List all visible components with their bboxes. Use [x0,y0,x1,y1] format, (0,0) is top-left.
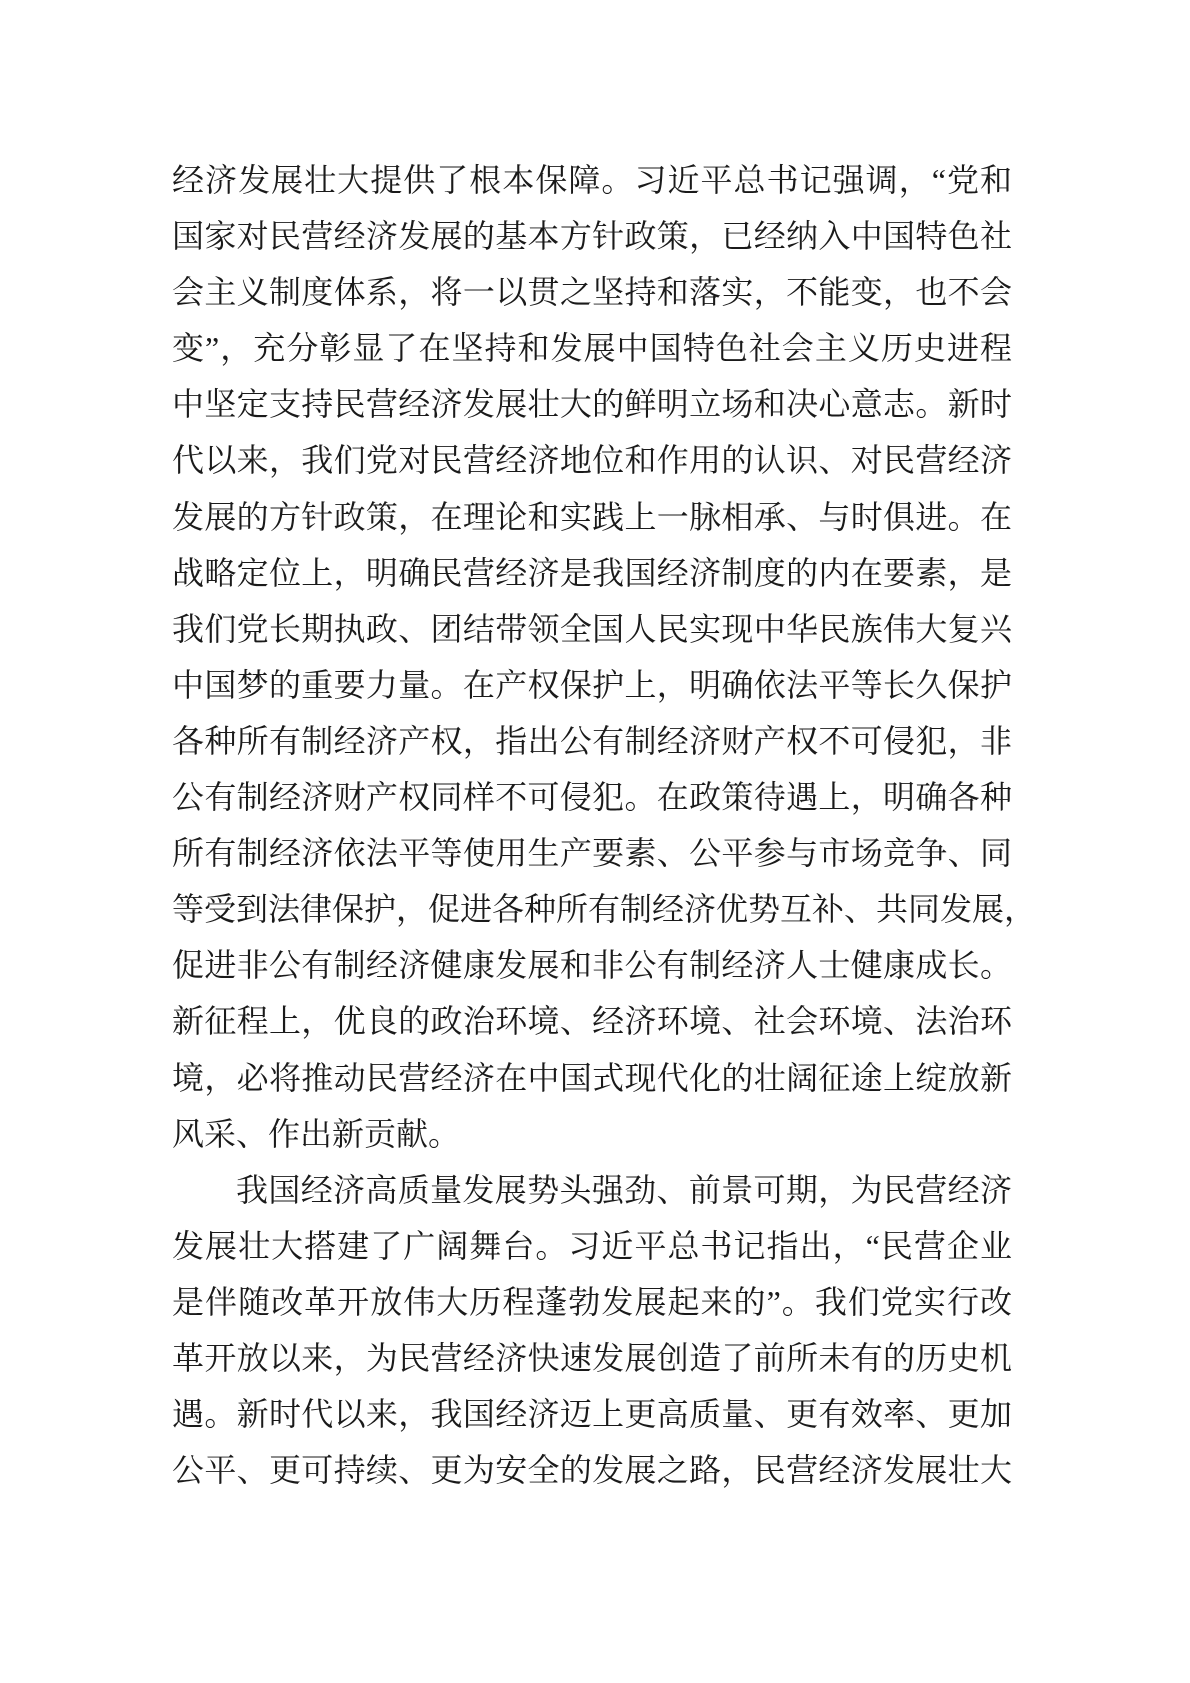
text-line: 我们党长期执政、团结带领全国人民实现中华民族伟大复兴 [172,601,1012,657]
text-line: 遇。新时代以来，我国经济迈上更高质量、更有效率、更加 [172,1386,1012,1442]
text-line: 境，必将推动民营经济在中国式现代化的壮阔征途上绽放新 [172,1050,1012,1106]
text-line: 风采、作出新贡献。 [172,1106,1012,1162]
text-line: 是伴随改革开放伟大历程蓬勃发展起来的”。我们党实行改 [172,1274,1012,1330]
document-page: 经济发展壮大提供了根本保障。习近平总书记强调，“党和国家对民营经济发展的基本方针… [0,0,1190,1683]
text-line: 我国经济高质量发展势头强劲、前景可期，为民营经济 [172,1162,1012,1218]
text-line: 所有制经济依法平等使用生产要素、公平参与市场竞争、同 [172,825,1012,881]
text-line: 等受到法律保护，促进各种所有制经济优势互补、共同发展， [172,881,1012,937]
text-line: 中国梦的重要力量。在产权保护上，明确依法平等长久保护 [172,657,1012,713]
body-paragraph: 我国经济高质量发展势头强劲、前景可期，为民营经济发展壮大搭建了广阔舞台。习近平总… [172,1162,1012,1499]
text-line: 中坚定支持民营经济发展壮大的鲜明立场和决心意志。新时 [172,376,1012,432]
text-line: 会主义制度体系，将一以贯之坚持和落实，不能变，也不会 [172,264,1012,320]
text-line: 促进非公有制经济健康发展和非公有制经济人士健康成长。 [172,937,1012,993]
text-line: 革开放以来，为民营经济快速发展创造了前所未有的历史机 [172,1330,1012,1386]
text-line: 发展壮大搭建了广阔舞台。习近平总书记指出，“民营企业 [172,1218,1012,1274]
text-line: 代以来，我们党对民营经济地位和作用的认识、对民营经济 [172,432,1012,488]
text-line: 国家对民营经济发展的基本方针政策，已经纳入中国特色社 [172,208,1012,264]
text-line: 公有制经济财产权同样不可侵犯。在政策待遇上，明确各种 [172,769,1012,825]
text-line: 发展的方针政策，在理论和实践上一脉相承、与时俱进。在 [172,489,1012,545]
text-line: 公平、更可持续、更为安全的发展之路，民营经济发展壮大 [172,1442,1012,1498]
text-line: 经济发展壮大提供了根本保障。习近平总书记强调，“党和 [172,152,1012,208]
text-line: 战略定位上，明确民营经济是我国经济制度的内在要素，是 [172,545,1012,601]
text-line: 变”，充分彰显了在坚持和发展中国特色社会主义历史进程 [172,320,1012,376]
text-line: 各种所有制经济产权，指出公有制经济财产权不可侵犯，非 [172,713,1012,769]
text-line: 新征程上，优良的政治环境、经济环境、社会环境、法治环 [172,993,1012,1049]
document-body: 经济发展壮大提供了根本保障。习近平总书记强调，“党和国家对民营经济发展的基本方针… [172,152,1012,1498]
body-paragraph: 经济发展壮大提供了根本保障。习近平总书记强调，“党和国家对民营经济发展的基本方针… [172,152,1012,1162]
